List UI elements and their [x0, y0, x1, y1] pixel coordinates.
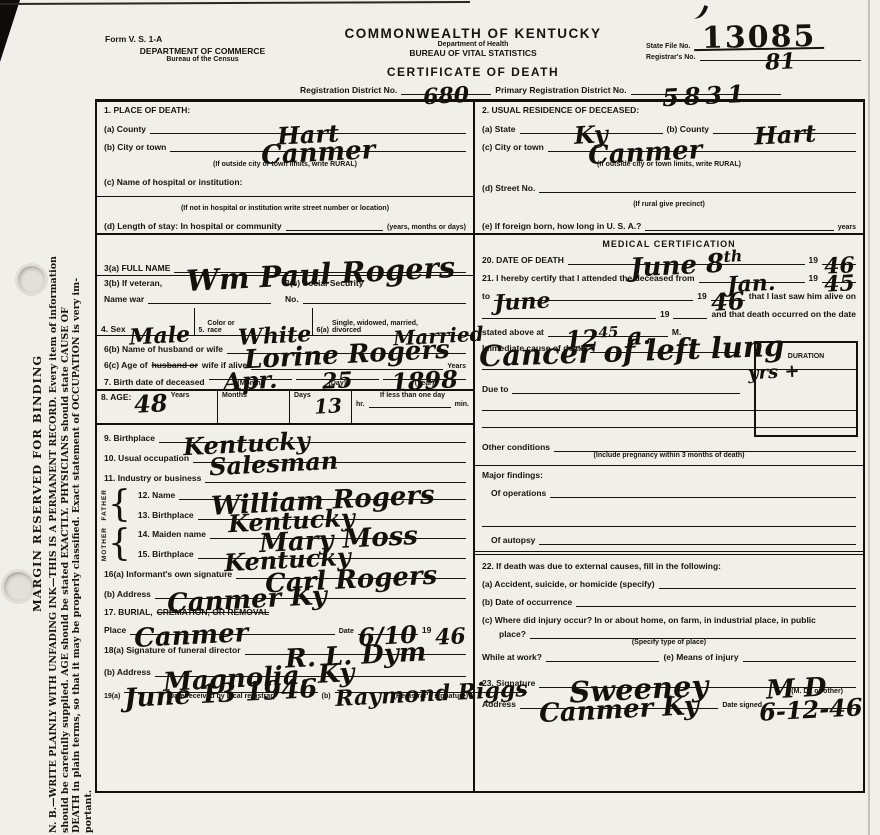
mother-birthplace-row: 15. BirthplaceKentucky	[131, 549, 473, 559]
birth-year-value: 1898	[391, 379, 458, 382]
pod-county-label: (a) County	[104, 124, 146, 134]
operations-row: Of operations	[475, 488, 863, 498]
color-no: 5.	[199, 327, 205, 334]
certify-l2-value: June	[494, 301, 550, 304]
primary-district-line: 5831	[631, 94, 781, 95]
color-cell: 5. Color orrace White	[194, 308, 312, 335]
name-war-line	[148, 300, 271, 304]
burial-date-line: 6/10	[358, 634, 418, 635]
res-state-value: Ky	[574, 134, 608, 136]
informant-address-line: Canmer Ky	[155, 595, 466, 599]
pod-city-label: (b) City or town	[104, 142, 166, 152]
certify-l1-value: Jan.	[728, 283, 776, 286]
res-foreign-line	[645, 227, 833, 231]
due-to-line	[512, 390, 740, 394]
duration-value: yrs +	[748, 372, 799, 375]
res-county-label: (b) County	[667, 124, 710, 134]
birth-date-row: 7. Birth date of deceased Apr.(Month) 25…	[97, 376, 473, 387]
informant-row: 16(a) Informant's own signature Carl Rog…	[97, 569, 473, 579]
spouse-age-pre: 6(c) Age of	[104, 360, 148, 370]
medical-certification-title: MEDICAL CERTIFICATION	[475, 235, 863, 249]
full-name-value: Wm Paul Rogers	[186, 267, 455, 281]
sex-color-marital-row: 4. Sex Male 5. Color orrace White 6(a) S…	[97, 308, 473, 336]
spouse-age-struck: husband or	[152, 360, 198, 370]
pod-county-value: Hart	[277, 133, 339, 136]
right-column: 2. USUAL RESIDENCE OF DECEASED: (a) Stat…	[475, 102, 863, 791]
dod-year-pre: 19	[809, 255, 818, 265]
district-row: Registration District No. 680 Primary Re…	[95, 85, 865, 95]
physician-signature-row: 23. Signature Sweeney M D	[475, 678, 863, 688]
res-foreign-label: (e) If foreign born, how long in U. S. A…	[482, 221, 641, 231]
birthplace-label: 9. Birthplace	[104, 433, 155, 443]
certify-l3-yline	[673, 318, 707, 319]
burial-label-pre: 17. BURIAL,	[104, 607, 153, 617]
mother-label: MOTHER	[101, 527, 108, 561]
registrar-sig-value: Raymond Riggs	[335, 689, 527, 699]
burial-place-value: Canmer	[134, 633, 248, 639]
informant-address-value: Canmer Ky	[167, 596, 327, 604]
birth-day-value: 25	[322, 380, 353, 382]
burial-date-label: Date	[339, 628, 354, 635]
means-line	[743, 658, 856, 662]
work-line	[546, 658, 659, 662]
immediate-cause-value: Cancer of left lung	[479, 346, 784, 357]
phys-address-value: Canmer Ky	[539, 706, 699, 714]
operations-extra-line	[482, 510, 856, 527]
occurrence-line	[576, 603, 856, 607]
age-hr-label: hr.	[356, 401, 365, 408]
res-street-label: (d) Street No.	[482, 183, 535, 193]
sex-value: Male	[129, 334, 190, 337]
accident-line	[659, 585, 856, 589]
mother-brace: {	[108, 529, 131, 559]
signature-line: Sweeney M D	[539, 684, 856, 688]
ss-no-line	[303, 300, 466, 304]
age-years-label: Years	[171, 392, 190, 399]
registrar-date-pre: 19(a)	[104, 693, 120, 700]
major-findings-label: Major findings:	[482, 470, 543, 480]
sex-cell: 4. Sex Male	[97, 308, 194, 335]
res-foreign-suffix: years	[838, 224, 856, 231]
nb-line-2: should be carefully supplied. AGE should…	[60, 185, 72, 833]
certify-l2-year: 46	[711, 301, 744, 303]
left-column: 1. PLACE OF DEATH: (a) CountyHart (b) Ci…	[97, 102, 475, 791]
certify-l2-pre: to	[482, 291, 490, 301]
certify-line2: to June 19 46 that I last saw him alive …	[475, 291, 863, 301]
external-causes-title-row: 22. If death was due to external causes,…	[475, 561, 863, 571]
pod-stay-note: (years, months or days)	[387, 224, 466, 231]
burial-place-row: Place Canmer Date 6/10 1946	[97, 625, 473, 635]
father-group: FATHER { 12. NameWilliam Rogers 13. Birt…	[97, 489, 473, 521]
divider	[475, 465, 863, 466]
birth-date-label: 7. Birth date of deceased	[104, 377, 205, 387]
father-brace: {	[108, 490, 131, 520]
physician-address-row: Address Canmer Ky Date signed 6-12-46	[475, 699, 863, 709]
nb-line-3: DEATH in plain terms, so that it may be …	[71, 185, 83, 833]
sex-label: 4. Sex	[101, 324, 126, 334]
due-to-label: Due to	[482, 384, 508, 394]
certify-l1-year: 45	[824, 283, 855, 285]
certificate-title: CERTIFICATE OF DEATH	[300, 65, 646, 79]
certify-l2-yline: 46	[711, 300, 745, 301]
age-label: 8. AGE:	[101, 392, 131, 402]
father-birthplace-row: 13. BirthplaceKentucky	[131, 510, 473, 520]
date-signed-label: Date signed	[722, 702, 762, 709]
birth-month-value: Apr.	[223, 380, 277, 383]
certify-l2-line: June	[494, 297, 693, 301]
color-value: White	[238, 334, 311, 338]
age-days-label: Days	[294, 392, 311, 399]
res-city-line: Canmer	[548, 148, 856, 152]
burial-place-label: Place	[104, 625, 126, 635]
place-of-death-title: 1. PLACE OF DEATH:	[104, 105, 190, 115]
res-county-line: Hart	[713, 130, 856, 134]
spouse-value: Lorine Rogers	[244, 350, 449, 361]
pod-city-line: Canmer	[170, 148, 466, 152]
other-conditions-note: (Include pregnancy within 3 months of de…	[475, 452, 863, 459]
pod-stay-line	[286, 227, 383, 231]
certify-l1-line: Jan.	[699, 279, 805, 283]
autopsy-row: Of autopsy	[475, 535, 863, 545]
pod-hospital-label: (c) Name of hospital or institution:	[104, 177, 242, 187]
res-state-line: Ky	[520, 130, 663, 134]
divider	[97, 196, 473, 197]
external-causes-title: 22. If death was due to external causes,…	[482, 561, 721, 571]
bureau-vital-statistics: BUREAU OF VITAL STATISTICS	[300, 48, 646, 58]
other-conditions-label: Other conditions	[482, 442, 550, 452]
date-of-death-line: June 8th	[568, 257, 805, 265]
burial-year-value: 46	[436, 636, 467, 638]
occupation-line: Salesman	[193, 459, 466, 463]
funeral-address-label: (b) Address	[104, 667, 151, 677]
certify-l1-ypre: 19	[809, 273, 818, 283]
date-of-death-sup: th	[723, 246, 743, 266]
certify-l3-pre: 19	[660, 309, 669, 319]
margin-nb-text: N. B.—WRITE PLAINLY WITH UNFADING INK—TH…	[48, 185, 94, 833]
birth-year-line: 1898	[383, 376, 466, 380]
form-header: Form V. S. 1-A DEPARTMENT OF COMMERCE Bu…	[95, 16, 865, 79]
pod-stay-label: (d) Length of stay: In hospital or commu…	[104, 221, 282, 231]
header-right: State File No. 13085 Registrar's No. 81	[646, 26, 861, 79]
injury-place-label: place?	[499, 629, 526, 639]
full-name-row: 3(a) FULL NAME Wm Paul Rogers	[97, 243, 473, 273]
binding-margin: MARGIN RESERVED FOR BINDING N. B.—WRITE …	[0, 0, 95, 835]
dod-year-line: 46	[822, 264, 856, 265]
burial-year-pre: 19	[422, 625, 431, 635]
registrar-sig-pre: (b)	[322, 693, 331, 700]
res-street-line	[539, 189, 856, 193]
other-conditions-row: Other conditions	[475, 442, 863, 452]
occupation-label: 10. Usual occupation	[104, 453, 189, 463]
injury-place-note: (Specify type of place)	[475, 639, 863, 646]
work-label: While at work?	[482, 652, 542, 662]
father-label: FATHER	[101, 489, 108, 521]
registrar-row: 19(a) June 13 1946(Date received by loca…	[97, 689, 473, 700]
mother-group: MOTHER { 14. Maiden nameMary Moss 15. Bi…	[97, 527, 473, 561]
age-days-value: 13	[314, 405, 342, 406]
name-war-label: Name war	[104, 294, 144, 304]
funeral-director-line: R. L. Dym	[245, 651, 467, 655]
date-signed-line: 6-12-46	[766, 708, 856, 709]
registrar-sig-col: Raymond Riggs(Registrar's signature)	[335, 689, 528, 700]
scan-right-edge	[868, 0, 870, 835]
primary-district-value: 5831	[662, 94, 749, 99]
section-place-of-death: 1. PLACE OF DEATH: (a) CountyHart (b) Ci…	[97, 102, 473, 235]
color-l2: race	[207, 327, 234, 334]
header-left: Form V. S. 1-A DEPARTMENT OF COMMERCE Bu…	[105, 26, 300, 79]
duration-label: DURATION	[788, 353, 824, 360]
registrar-date-value: June 13 1946	[125, 689, 318, 699]
cause-of-death-block: DURATION Immediate cause of death Cancer…	[475, 337, 863, 428]
birth-month-col: Apr.(Month)	[209, 376, 292, 387]
registrar-date-line: June 13 1946	[124, 689, 317, 693]
father-name-row: 12. NameWilliam Rogers	[131, 490, 473, 500]
father-name-label: 12. Name	[138, 490, 175, 500]
marital-no: 6(a)	[317, 327, 329, 334]
residence-title: 2. USUAL RESIDENCE OF DECEASED:	[482, 105, 639, 115]
certify-l1-yline: 45	[822, 282, 856, 283]
margin-binding-text: MARGIN RESERVED FOR BINDING	[30, 302, 44, 612]
pod-county-line: Hart	[150, 130, 466, 134]
father-birthplace-label: 13. Birthplace	[138, 510, 194, 520]
operations-line	[550, 494, 856, 498]
father-birthplace-line: Kentucky	[198, 516, 466, 520]
nb-line-4: portant.	[83, 185, 95, 833]
ss-no-label: No.	[285, 294, 299, 304]
father-birthplace-value: Kentucky	[228, 517, 355, 524]
mother-name-label: 14. Maiden name	[138, 529, 206, 539]
registrar-sig-line: Raymond Riggs	[335, 689, 528, 693]
accident-label: (a) Accident, suicide, or homicide (spec…	[482, 579, 655, 589]
pod-city-value: Canmer	[261, 150, 375, 156]
burial-place-line: Canmer	[130, 631, 335, 635]
marital-cell: 6(a) Single, widowed, married,divorced M…	[312, 308, 488, 335]
dod-year-value: 46	[824, 265, 855, 267]
res-state-label: (a) State	[482, 124, 516, 134]
age-less-cell: If less than one day hr.min.	[351, 391, 473, 423]
informant-label: 16(a) Informant's own signature	[104, 569, 232, 579]
informant-address-label: (b) Address	[104, 589, 151, 599]
birthplace-value: Kentucky	[183, 441, 310, 448]
injury-where-label: (c) Where did injury occur? In or about …	[482, 615, 816, 625]
commonwealth-title: COMMONWEALTH OF KENTUCKY	[300, 26, 646, 41]
accident-row: (a) Accident, suicide, or homicide (spec…	[475, 579, 863, 589]
punch-hole	[18, 266, 45, 293]
phys-address-line: Canmer Ky	[520, 705, 718, 709]
state-file-label: State File No.	[646, 43, 690, 50]
age-min-label: min.	[455, 401, 469, 408]
section-usual-residence: 2. USUAL RESIDENCE OF DECEASED: (a) Stat…	[475, 102, 863, 235]
full-name-line: Wm Paul Rogers	[174, 269, 466, 273]
mother-birthplace-value: Kentucky	[224, 556, 351, 563]
state-file-number: 13085	[694, 27, 825, 51]
birthplace-line: Kentucky	[159, 439, 466, 443]
injury-place-row: place?	[475, 629, 863, 639]
work-injury-row: While at work? (e) Means of injury	[475, 652, 863, 662]
date-of-death-label: 20. DATE OF DEATH	[482, 255, 564, 265]
birthplace-row: 9. Birthplace Kentucky	[97, 433, 473, 443]
registrar-no-value: 81	[765, 61, 796, 63]
age-years-cell: 8. AGE: 48 Years	[97, 391, 217, 423]
occurrence-row: (b) Date of occurrence	[475, 597, 863, 607]
color-l1: Color or	[207, 320, 234, 327]
age-years-value: 48	[135, 403, 168, 405]
double-divider	[475, 551, 863, 555]
reg-district-line: 680	[401, 94, 491, 95]
occurrence-label: (b) Date of occurrence	[482, 597, 572, 607]
certify-l2-ypre: 19	[697, 291, 706, 301]
injury-where-row: (c) Where did injury occur? In or about …	[475, 615, 863, 625]
operations-label: Of operations	[491, 488, 546, 498]
res-city-label: (c) City or town	[482, 142, 544, 152]
primary-district-label: Primary Registration District No.	[495, 85, 626, 95]
registrar-date-col: June 13 1946(Date received by local regi…	[124, 689, 317, 700]
signature-credential: M D	[766, 687, 826, 690]
registrar-no-label: Registrar's No.	[646, 54, 696, 61]
industry-label: 11. Industry or business	[104, 473, 201, 483]
form-body: 1. PLACE OF DEATH: (a) CountyHart (b) Ci…	[95, 99, 865, 793]
nb-line-1: N. B.—WRITE PLAINLY WITH UNFADING INK—TH…	[48, 185, 60, 833]
age-days-cell: Days 13	[289, 391, 351, 423]
pod-street-note: (If not in hospital or institution write…	[97, 205, 473, 212]
mother-birthplace-line: Kentucky	[198, 555, 466, 559]
age-row: 8. AGE: 48 Years Months Days 13 If less …	[97, 391, 473, 425]
certificate-form: Form V. S. 1-A DEPARTMENT OF COMMERCE Bu…	[95, 16, 865, 793]
date-of-death-value: June 8	[630, 249, 725, 284]
registrar-no-line: 81	[700, 57, 861, 61]
birth-day-col: 25(Day)	[296, 376, 379, 387]
funeral-director-value: R. L. Dym	[285, 652, 426, 659]
certify-l4-pre: stated above at	[482, 327, 544, 337]
scanned-death-certificate: MARGIN RESERVED FOR BINDING N. B.—WRITE …	[0, 0, 880, 835]
res-city-value: Canmer	[588, 150, 702, 156]
reg-district-label: Registration District No.	[300, 85, 397, 95]
department-of-commerce: DEPARTMENT OF COMMERCE	[105, 46, 300, 56]
spouse-line: Lorine Rogers	[227, 350, 466, 354]
form-number: Form V. S. 1-A	[105, 34, 300, 44]
full-name-label: 3(a) FULL NAME	[104, 263, 170, 273]
informant-line: Carl Rogers	[236, 575, 466, 579]
punch-hole	[4, 572, 33, 601]
birth-year-col: 1898(Year)	[383, 376, 466, 387]
mother-birthplace-label: 15. Birthplace	[138, 549, 194, 559]
reg-district-value: 680	[423, 95, 469, 97]
res-county-value: Hart	[754, 133, 816, 136]
autopsy-label: Of autopsy	[491, 535, 535, 545]
occupation-row: 10. Usual occupation Salesman	[97, 453, 473, 463]
date-signed-value: 6-12-46	[759, 707, 862, 712]
age-hr-line	[369, 404, 451, 408]
major-findings-row: Major findings:	[475, 470, 863, 480]
mother-name-row: 14. Maiden nameMary Moss	[131, 529, 473, 539]
dept-of-health: Department of Health	[300, 41, 646, 48]
autopsy-line	[539, 541, 856, 545]
res-street-note: (If rural give precinct)	[475, 201, 863, 208]
date-of-death-row: 20. DATE OF DEATH June 8th 19 46	[475, 255, 863, 265]
occupation-value: Salesman	[209, 461, 338, 468]
bureau-of-census: Bureau of the Census	[105, 56, 300, 63]
means-label: (e) Means of injury	[663, 652, 738, 662]
burial-date-value: 6/10	[359, 634, 418, 637]
father-name-line: William Rogers	[179, 496, 466, 500]
header-center: COMMONWEALTH OF KENTUCKY Department of H…	[300, 26, 646, 79]
